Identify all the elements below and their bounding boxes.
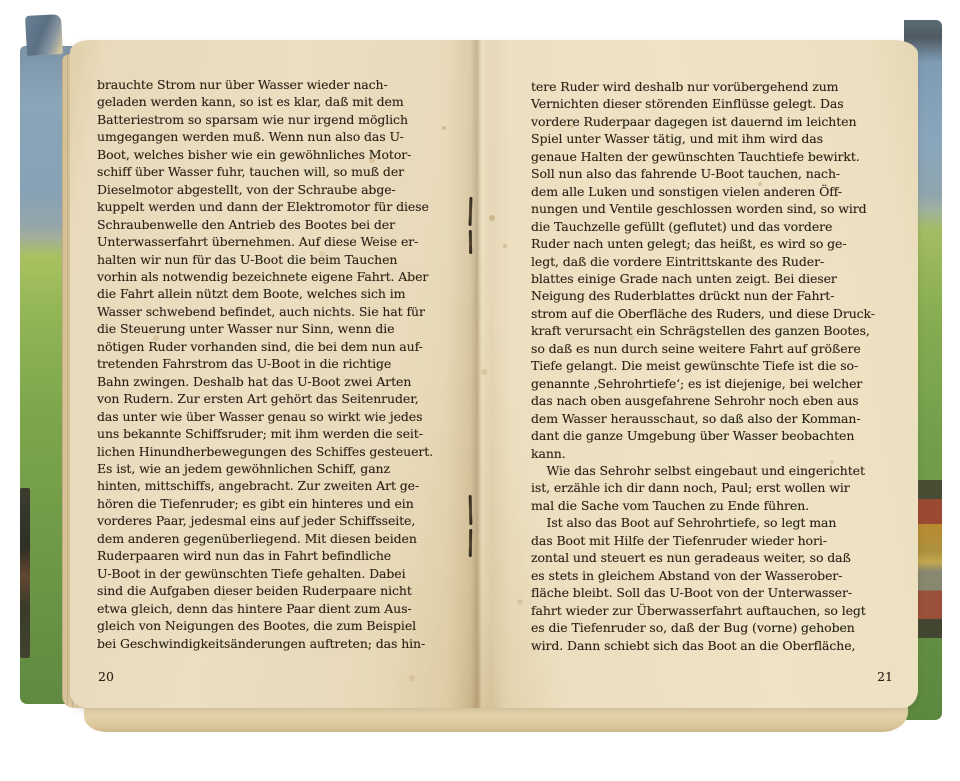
- foxing-age-spots: [70, 40, 74, 44]
- page-20-text: brauchte Strom nur über Wasser wieder na…: [97, 76, 469, 652]
- page-21: tere Ruder wird deshalb nur vorübergehen…: [478, 40, 918, 708]
- page-20-number: 20: [98, 669, 114, 684]
- open-book-spread: brauchte Strom nur über Wasser wieder na…: [70, 40, 918, 708]
- staple-bottom-lower-leg: [469, 529, 472, 557]
- plate-left-dark-illustration: [20, 488, 30, 658]
- open-book-photo: brauchte Strom nur über Wasser wieder na…: [0, 0, 960, 781]
- page-21-number: 21: [877, 669, 893, 684]
- page-20: brauchte Strom nur über Wasser wieder na…: [70, 40, 478, 708]
- plate-left-folded-corner: [25, 14, 63, 56]
- page-21-text: tere Ruder wird deshalb nur vorübergehen…: [531, 78, 903, 654]
- staple-top-lower-leg: [469, 230, 472, 254]
